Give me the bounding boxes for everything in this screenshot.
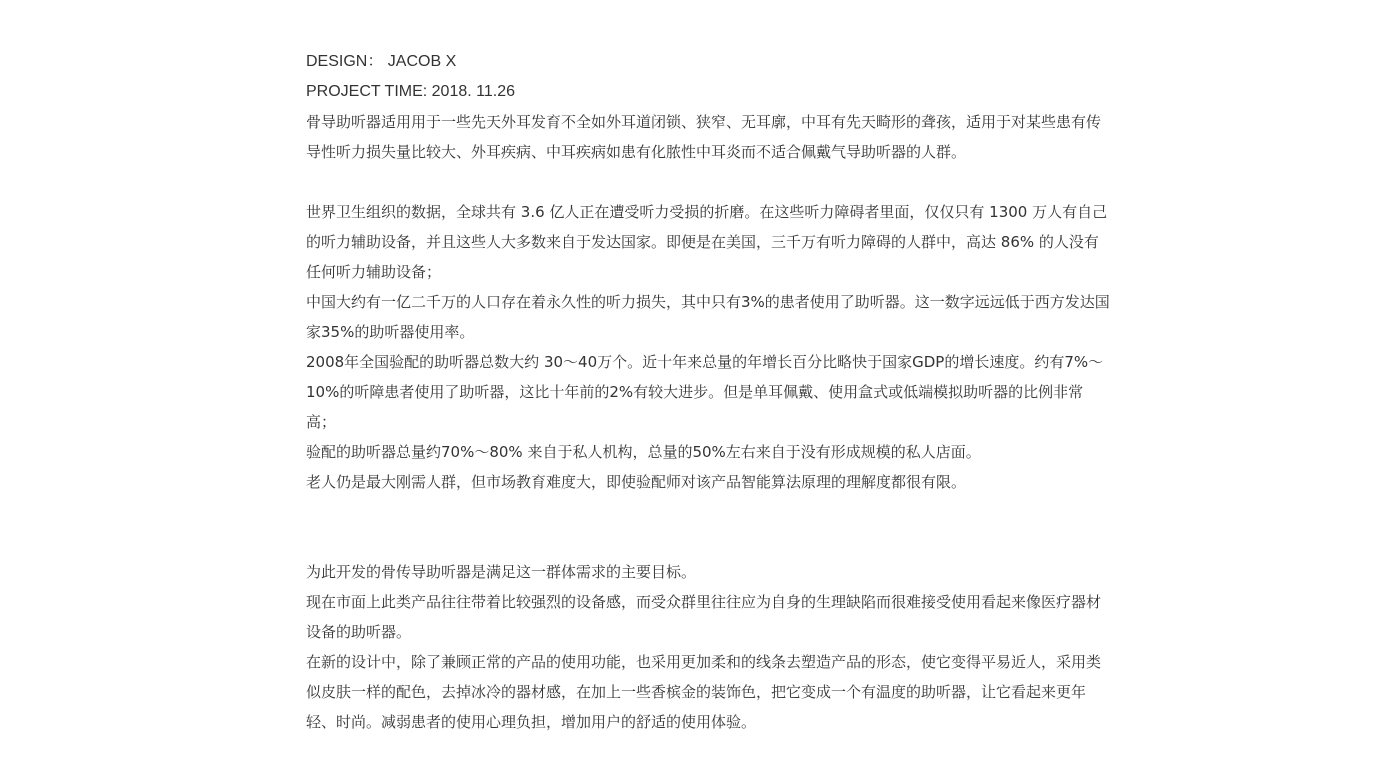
stat-paragraph-fitting-sources: 验配的助听器总量约70%～80% 来自于私人机构，总量的50%左右来自于没有形成… bbox=[306, 437, 1112, 467]
spacer bbox=[306, 497, 1112, 557]
stat-paragraph-global: 世界卫生组织的数据，全球共有 3.6 亿人正在遭受听力受损的折磨。在这些听力障碍… bbox=[306, 197, 1112, 287]
stat-paragraph-2008: 2008年全国验配的助听器总数大约 30～40万个。近十年来总量的年增长百分比略… bbox=[306, 347, 1112, 437]
project-time: PROJECT TIME: 2018. 11.26 bbox=[306, 77, 1112, 107]
goal-paragraph-new-design: 在新的设计中，除了兼顾正常的产品的使用功能，也采用更加柔和的线条去塑造产品的形态… bbox=[306, 647, 1112, 737]
intro-paragraph: 骨导助听器适用用于一些先天外耳发育不全如外耳道闭锁、狭窄、无耳廓，中耳有先天畸形… bbox=[306, 107, 1112, 167]
article-body: DESIGN： JACOB X PROJECT TIME: 2018. 11.2… bbox=[306, 47, 1112, 737]
design-goals-section: 为此开发的骨传导助听器是满足这一群体需求的主要目标。 现在市面上此类产品往往带着… bbox=[306, 557, 1112, 737]
stat-paragraph-china: 中国大约有一亿二千万的人口存在着永久性的听力损失，其中只有3%的患者使用了助听器… bbox=[306, 287, 1112, 347]
stat-paragraph-elderly: 老人仍是最大刚需人群，但市场教育难度大，即使验配师对该产品智能算法原理的理解度都… bbox=[306, 467, 1112, 497]
designer-credit: DESIGN： JACOB X bbox=[306, 47, 1112, 77]
spacer bbox=[306, 167, 1112, 197]
goal-paragraph-market: 现在市面上此类产品往往带着比较强烈的设备感，而受众群里往往应为自身的生理缺陷而很… bbox=[306, 587, 1112, 647]
statistics-section: 世界卫生组织的数据，全球共有 3.6 亿人正在遭受听力受损的折磨。在这些听力障碍… bbox=[306, 197, 1112, 497]
goal-paragraph-target: 为此开发的骨传导助听器是满足这一群体需求的主要目标。 bbox=[306, 557, 1112, 587]
